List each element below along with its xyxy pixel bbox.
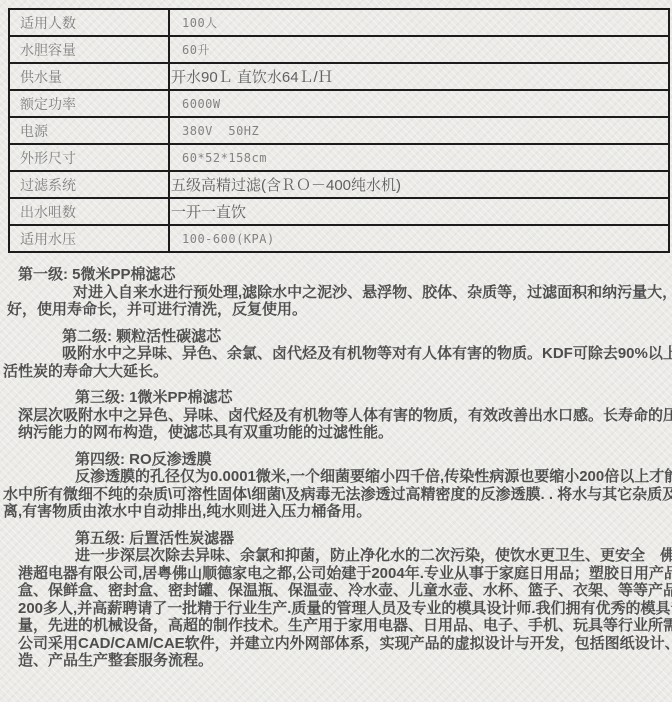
spec-table-row: 水胆容量 60升 (9, 36, 669, 63)
spec-label: 外形尺寸 (9, 144, 169, 171)
spec-value: 60升 (169, 36, 669, 63)
description-line: 水中所有微细不纯的杂质\可溶性固体\细菌\及病毒无法渗透过高精密度的反渗透膜. … (0, 486, 672, 504)
product-spec-page: 适用人数 100人 水胆容量 60升 供水量 开水90Ｌ 直饮水64Ｌ/Ｈ 额定… (0, 8, 672, 702)
spec-value: 6000W (169, 90, 669, 117)
spec-label: 水胆容量 (9, 36, 169, 63)
spec-label: 出水咀数 (9, 198, 169, 225)
description-line: 反渗透膜的孔径仅为0.0001微米,一个细菌要缩小四千倍,传染性病源也要缩小20… (0, 468, 672, 486)
spec-table-row: 适用水压 100-600(KPA) (9, 225, 669, 252)
description-line: 纳污能力的网布构造，使滤芯具有双重功能的过滤性能。 (0, 424, 672, 442)
spec-value: 60*52*158cm (169, 144, 669, 171)
description-paragraph: 第五级: 后置活性炭滤器进一步深层次除去异味、余氯和抑菌，防止净化水的二次污染，… (0, 530, 672, 670)
spec-value: 100人 (169, 9, 669, 36)
spec-label: 过滤系统 (9, 171, 169, 198)
spec-value: 100-600(KPA) (169, 225, 669, 252)
description-line: 吸附水中之异味、异色、余氯、卤代烃及有机物等对有人体有害的物质。KDF可除去90… (0, 345, 672, 363)
stage-heading: 第四级: RO反渗透膜 (0, 451, 672, 469)
stage-heading: 第五级: 后置活性炭滤器 (0, 530, 672, 548)
description-line: 活性炭的寿命大大延长。 (0, 363, 672, 381)
spec-label: 适用水压 (9, 225, 169, 252)
description-line: 进一步深层次除去异味、余氯和抑菌，防止净化水的二次污染，使饮水更卫生、更安全 佛… (0, 547, 672, 565)
spec-value: 380V 50HZ (169, 117, 669, 144)
spec-label: 供水量 (9, 63, 169, 90)
stage-heading: 第二级: 颗粒活性碳滤芯 (0, 328, 672, 346)
spec-table-row: 过滤系统 五级高精过滤(含ＲＯ－400纯水机) (9, 171, 669, 198)
spec-label: 适用人数 (9, 9, 169, 36)
description-paragraph: 第三级: 1微米PP棉滤芯深层次吸附水中之异色、异味、卤代烃及有机物等人体有害的… (0, 389, 672, 442)
stage-heading: 第三级: 1微米PP棉滤芯 (0, 389, 672, 407)
description-paragraph: 第一级: 5微米PP棉滤芯对进入自来水进行预处理,滤除水中之泥沙、悬浮物、胶体、… (0, 266, 672, 319)
spec-table: 适用人数 100人 水胆容量 60升 供水量 开水90Ｌ 直饮水64Ｌ/Ｈ 额定… (8, 8, 670, 253)
spec-table-row: 外形尺寸 60*52*158cm (9, 144, 669, 171)
description-line: 造、产品生产整套服务流程。 (0, 652, 672, 670)
description-paragraph: 第二级: 颗粒活性碳滤芯吸附水中之异味、异色、余氯、卤代烃及有机物等对有人体有害… (0, 328, 672, 381)
spec-table-row: 供水量 开水90Ｌ 直饮水64Ｌ/Ｈ (9, 63, 669, 90)
spec-value: 五级高精过滤(含ＲＯ－400纯水机) (169, 171, 669, 198)
description-line: 深层次吸附水中之异色、异味、卤代烃及有机物等人体有害的物质，有效改善出水口感。长… (0, 407, 672, 425)
description-paragraph: 第四级: RO反渗透膜反渗透膜的孔径仅为0.0001微米,一个细菌要缩小四千倍,… (0, 451, 672, 521)
description-line: 港超电器有限公司,居粤佛山顺德家电之都,公司始建于2004年.专业从事于家庭日用… (0, 565, 672, 583)
description-line: 公司采用CAD/CAM/CAE软件，并建立内外网部体系，实现产品的虚拟设计与开发… (0, 635, 672, 653)
spec-table-row: 电源 380V 50HZ (9, 117, 669, 144)
description-line: 对进入自来水进行预处理,滤除水中之泥沙、悬浮物、胶体、杂质等，过滤面积和纳污量大… (0, 284, 672, 302)
spec-table-row: 适用人数 100人 (9, 9, 669, 36)
spec-label: 额定功率 (9, 90, 169, 117)
filter-stages-description: 第一级: 5微米PP棉滤芯对进入自来水进行预处理,滤除水中之泥沙、悬浮物、胶体、… (0, 266, 672, 670)
spec-table-row: 额定功率 6000W (9, 90, 669, 117)
stage-heading: 第一级: 5微米PP棉滤芯 (0, 266, 672, 284)
description-line: 好，使用寿命长，并可进行清洗，反复使用。 (0, 301, 672, 319)
spec-value: 一开一直饮 (169, 198, 669, 225)
spec-table-row: 出水咀数 一开一直饮 (9, 198, 669, 225)
description-line: 离,有害物质由浓水中自动排出,纯水则进入压力桶备用。 (0, 503, 672, 521)
description-line: 盒、保鲜盒、密封盒、密封罐、保温瓶、保温壶、冷水壶、儿童水壶、水杯、篮子、衣架、… (0, 582, 672, 600)
spec-label: 电源 (9, 117, 169, 144)
spec-value: 开水90Ｌ 直饮水64Ｌ/Ｈ (169, 63, 669, 90)
description-line: 200多人,并高薪聘请了一批精于行业生产.质量的管理人员及专业的模具设计师.我们… (0, 600, 672, 618)
description-line: 量，先进的机械设备，高超的制作技术。生产用于家用电器、日用品、电子、手机、玩具等… (0, 617, 672, 635)
